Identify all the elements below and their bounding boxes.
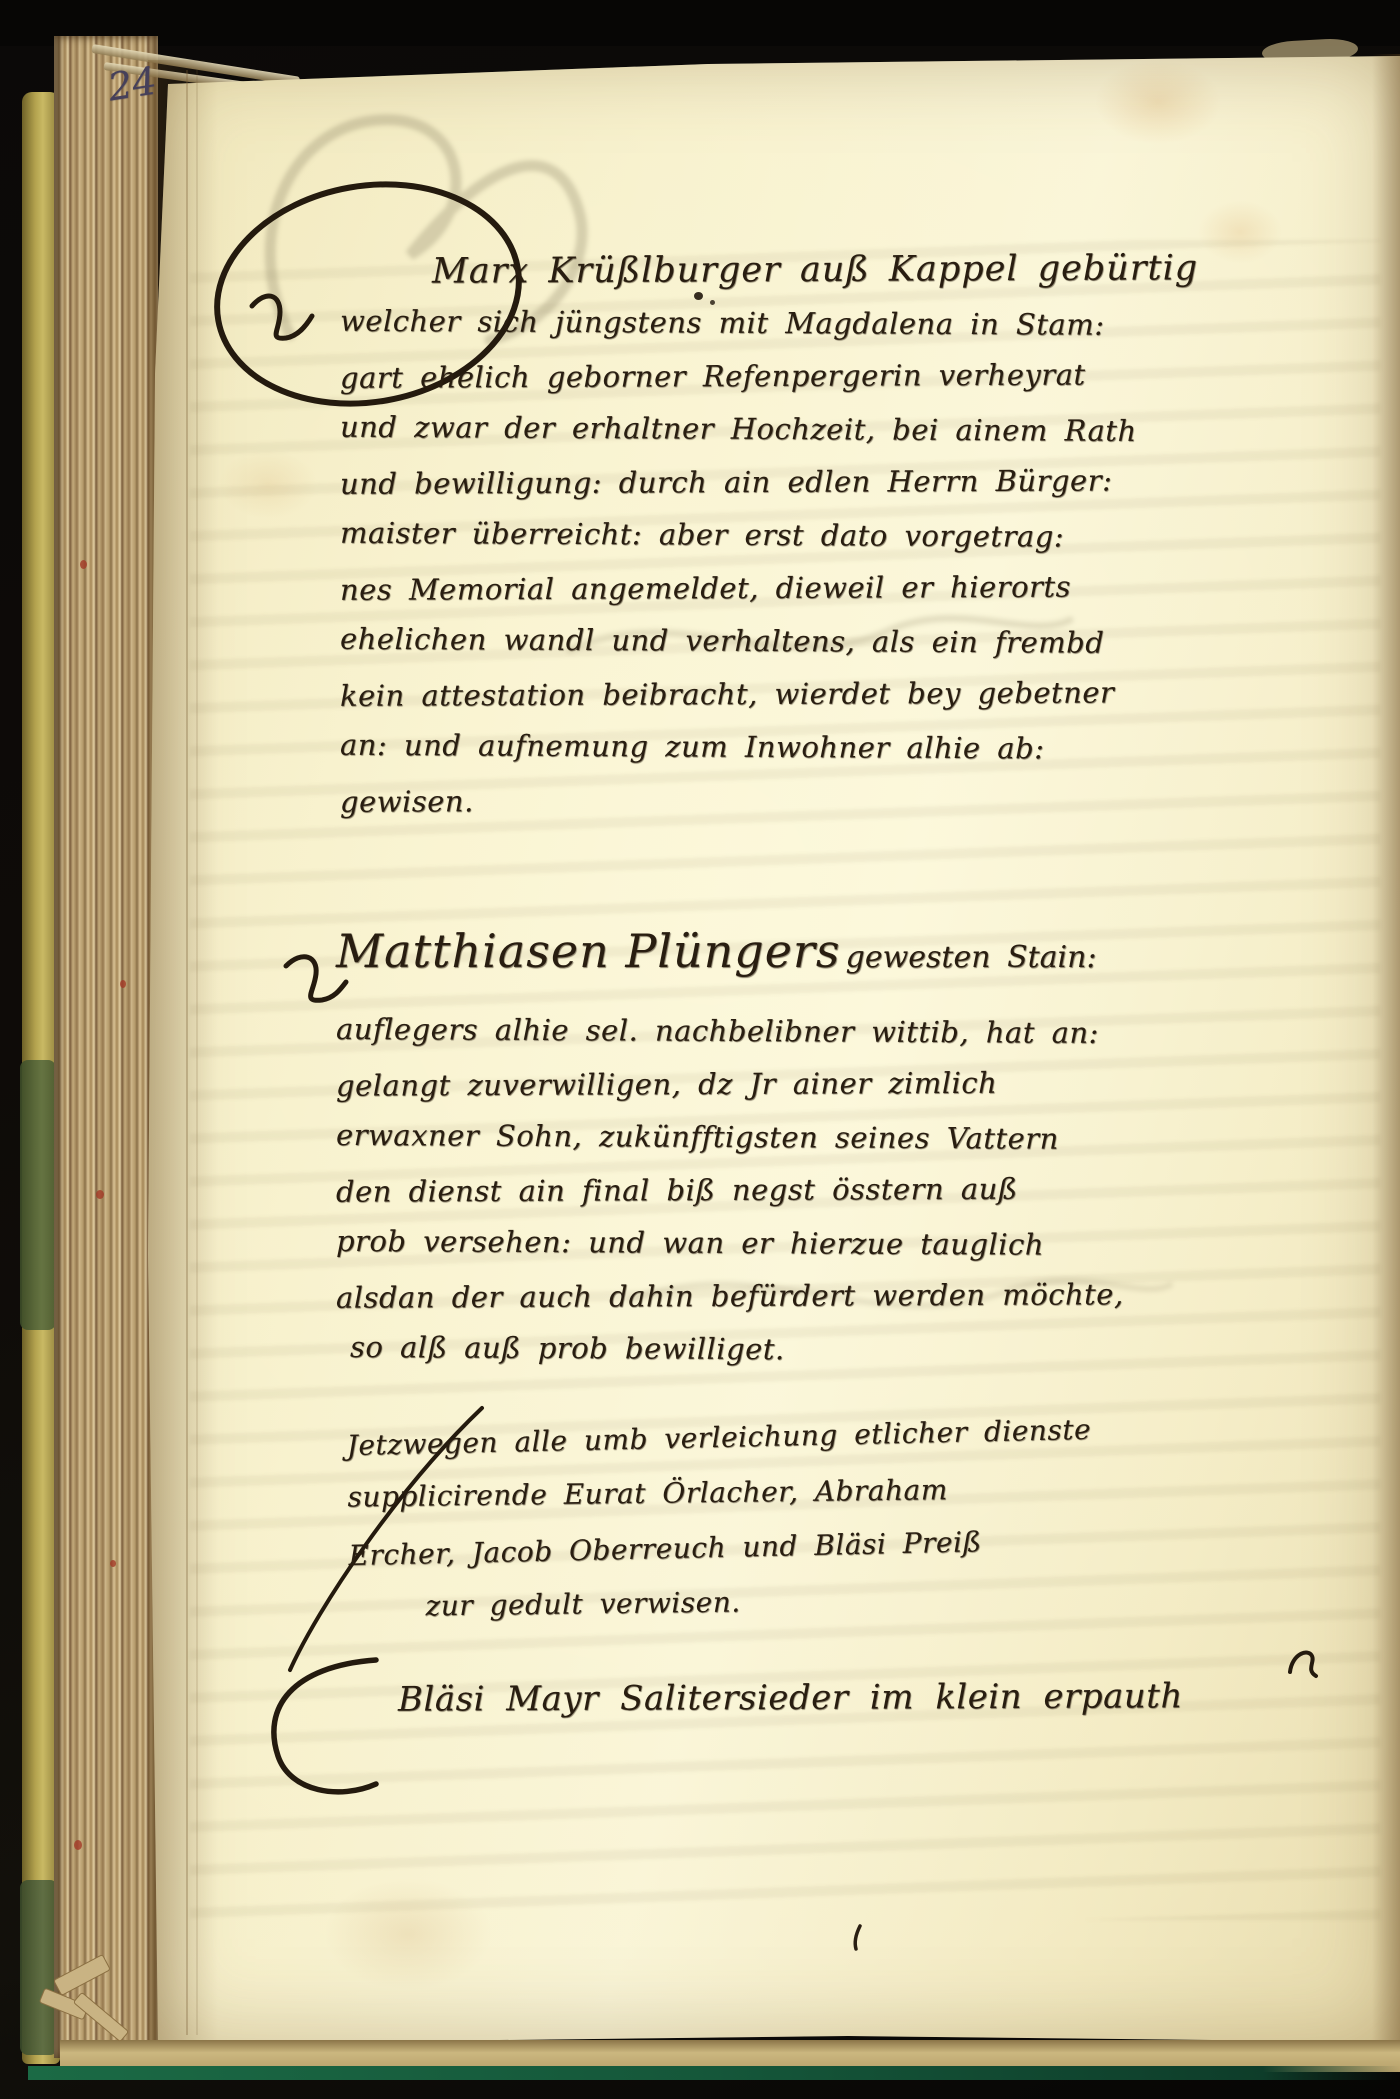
manuscript-entry: Bläsi Mayr Salitersieder im klein erpaut… <box>398 1672 1183 1725</box>
manuscript-line: gewisen. <box>340 772 1198 829</box>
manuscript-line: erwaxner Sohn, zukünfftigsten seines Vat… <box>336 1109 1124 1166</box>
heading-name: Matthiasen Plüngers <box>336 924 841 978</box>
red-edge-speck <box>74 1840 82 1850</box>
manuscript-line: auflegers alhie sel. nachbelibner wittib… <box>336 1003 1124 1060</box>
folio-number: 24 <box>105 58 160 109</box>
manuscript-line: und bewilligung: durch ain edlen Herrn B… <box>340 454 1198 511</box>
manuscript-line: Bläsi Mayr Salitersieder im klein erpaut… <box>398 1670 1183 1726</box>
book-cover-green-patch <box>20 1880 58 2055</box>
red-edge-speck <box>120 980 126 988</box>
manuscript-entry: Matthiasen Plüngers gewesten Stain: aufl… <box>336 908 1124 1376</box>
red-edge-speck <box>80 560 87 569</box>
manuscript-line: und zwar der erhaltner Hochzeit, bei ain… <box>340 401 1198 458</box>
manuscript-line: ehelichen wandl und verhaltens, als ein … <box>340 613 1198 670</box>
paragraph-mark-icon <box>278 946 348 1016</box>
closing-flourish-arc-icon <box>248 1652 398 1802</box>
paragraph-mark-icon <box>246 288 316 348</box>
stacked-page-edges <box>54 36 158 2058</box>
stray-ink-mark <box>846 1922 870 1952</box>
manuscript-entry: Marx Krüßlburger auß Kappel gebürtig wel… <box>340 244 1198 827</box>
book-cover-green-patch <box>20 1060 56 1330</box>
manuscript-line: alsdan der auch dahin befürdert werden m… <box>336 1268 1124 1324</box>
manuscript-line: welcher sich jüngstens mit Magdalena in … <box>340 295 1198 352</box>
manuscript-line: Marx Krüßlburger auß Kappel gebürtig <box>432 242 1198 298</box>
manuscript-line: maister überreicht: aber erst dato vorge… <box>340 507 1198 564</box>
manuscript-entry: Jetzwegen alle umb verleichung etlicher … <box>346 1404 1094 1637</box>
manuscript-line: kein attestation beibracht, wierdet bey … <box>340 666 1198 723</box>
manuscript-line: den dienst ain final biß negst össtern a… <box>336 1162 1124 1218</box>
manuscript-line: prob versehen: und wan er hierzue taugli… <box>336 1215 1124 1272</box>
manuscript-line: an: und aufnemung zum Inwohner alhie ab: <box>340 719 1198 776</box>
gutter-crease-line <box>186 70 188 2035</box>
green-cloth-strip <box>28 2066 1400 2080</box>
red-edge-speck <box>110 1560 116 1567</box>
superscript-flourish-icon <box>1282 1642 1322 1682</box>
manuscript-line: zur gedult verwisen. <box>425 1570 1094 1633</box>
manuscript-photo: 24 Marx Krüßlburger auß Kappel gebürtig … <box>0 0 1400 2099</box>
manuscript-line: gelangt zuverwilligen, dz Jr ainer zimli… <box>336 1056 1124 1112</box>
manuscript-line: so alß auß prob bewilliget. <box>350 1321 1124 1378</box>
manuscript-line: gart ehelich geborner Refenpergerin verh… <box>340 348 1198 405</box>
manuscript-line: nes Memorial angemeldet, dieweil er hier… <box>340 560 1198 617</box>
entry-heading: Matthiasen Plüngers gewesten Stain: <box>336 908 1124 1005</box>
background-top-band <box>0 0 1400 46</box>
red-edge-speck <box>96 1190 104 1199</box>
heading-continuation: gewesten Stain: <box>846 940 1097 975</box>
